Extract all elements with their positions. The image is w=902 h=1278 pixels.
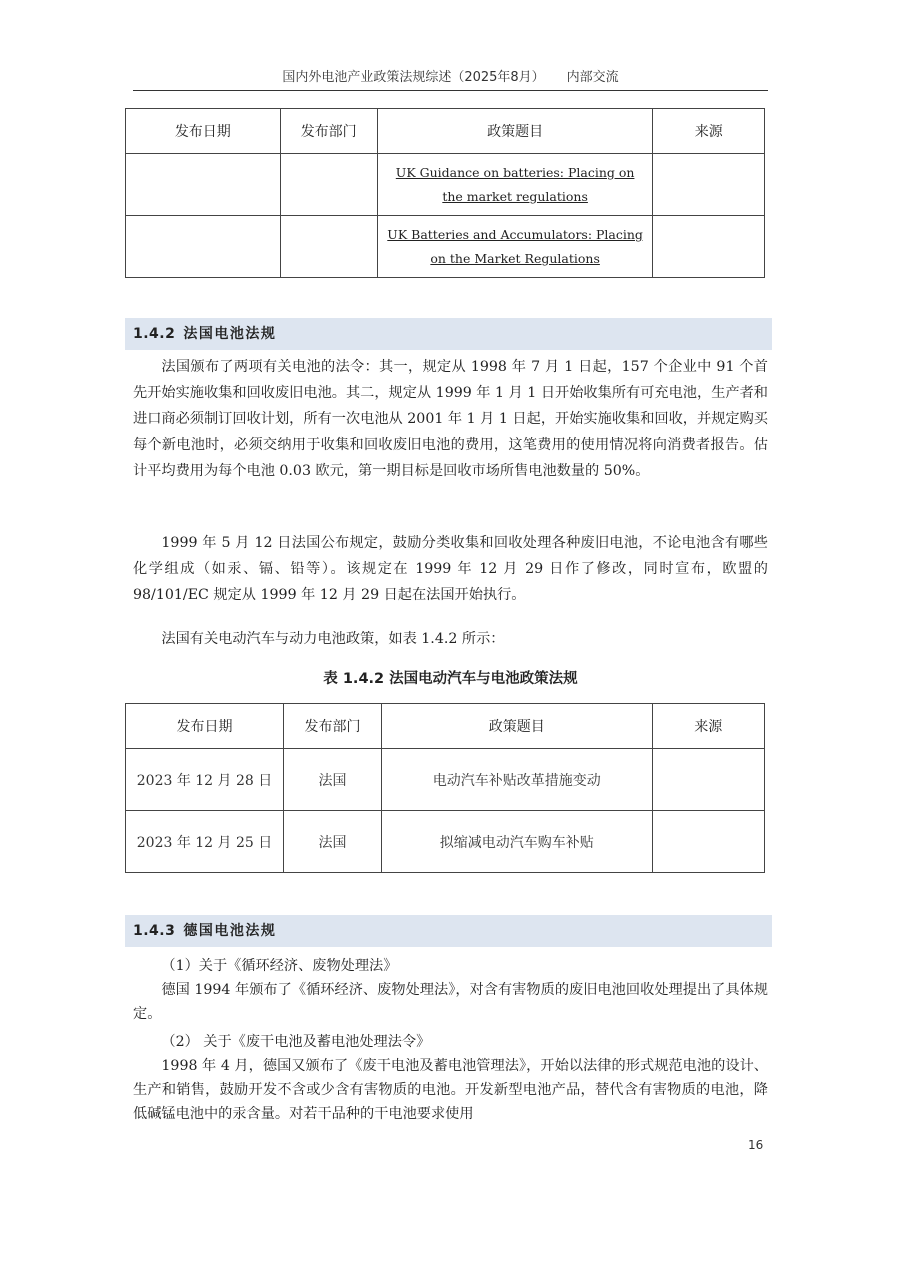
cell-date: 2023 年 12 月 25 日 (126, 811, 284, 873)
item-heading: （2） 关于《废干电池及蓄电池处理法令》 (133, 1030, 768, 1054)
col-header-title: 政策题目 (381, 704, 652, 749)
cell-source (653, 216, 765, 278)
col-header-dept: 发布部门 (284, 704, 382, 749)
cell-title: UK Batteries and Accumulators: Placing o… (377, 216, 653, 278)
cell-dept (280, 216, 377, 278)
table-row: 2023 年 12 月 28 日 法国 电动汽车补贴改革措施变动 (126, 749, 765, 811)
section-number: 1.4.2 (133, 326, 175, 342)
cell-source (652, 749, 764, 811)
col-header-dept: 发布部门 (280, 109, 377, 154)
policy-link[interactable]: UK Batteries and Accumulators: Placing o… (387, 227, 643, 266)
cell-dept (280, 154, 377, 216)
table-row: 2023 年 12 月 25 日 法国 拟缩减电动汽车购车补贴 (126, 811, 765, 873)
cell-title: 电动汽车补贴改革措施变动 (381, 749, 652, 811)
col-header-source: 来源 (652, 704, 764, 749)
cell-title: 拟缩减电动汽车购车补贴 (381, 811, 652, 873)
table-caption: 表 1.4.2 法国电动汽车与电池政策法规 (133, 667, 768, 688)
table-row: UK Batteries and Accumulators: Placing o… (126, 216, 765, 278)
table-row: UK Guidance on batteries: Placing on the… (126, 154, 765, 216)
table-header-row: 发布日期 发布部门 政策题目 来源 (126, 704, 765, 749)
continued-table: 发布日期 发布部门 政策题目 来源 UK Guidance on batteri… (125, 108, 765, 278)
col-header-date: 发布日期 (126, 704, 284, 749)
section-heading-1-4-2: 1.4.2法国电池法规 (125, 318, 772, 350)
paragraph: 法国颁布了两项有关电池的法令：其一，规定从 1998 年 7 月 1 日起，15… (133, 354, 768, 484)
paragraph: 法国有关电动汽车与动力电池政策，如表 1.4.2 所示： (133, 626, 768, 652)
header-rule (133, 90, 768, 91)
page-number: 16 (748, 1138, 763, 1152)
section-title: 德国电池法规 (183, 923, 276, 939)
col-header-date: 发布日期 (126, 109, 281, 154)
section-title: 法国电池法规 (183, 326, 276, 342)
paragraph: 1999 年 5 月 12 日法国公布规定，鼓励分类收集和回收处理各种废旧电池，… (133, 530, 768, 608)
paragraph: 1998 年 4 月，德国又颁布了《废干电池及蓄电池管理法》，开始以法律的形式规… (133, 1054, 768, 1126)
cell-source (652, 811, 764, 873)
table-header-row: 发布日期 发布部门 政策题目 来源 (126, 109, 765, 154)
cell-title: UK Guidance on batteries: Placing on the… (377, 154, 653, 216)
running-header: 国内外电池产业政策法规综述（2025年8月）内部交流 (133, 66, 768, 85)
policy-link[interactable]: UK Guidance on batteries: Placing on the… (396, 165, 635, 204)
section-number: 1.4.3 (133, 923, 175, 939)
cell-date: 2023 年 12 月 28 日 (126, 749, 284, 811)
header-note: 内部交流 (567, 70, 619, 85)
section-heading-1-4-3: 1.4.3德国电池法规 (125, 915, 772, 947)
cell-date (126, 216, 281, 278)
cell-dept: 法国 (284, 749, 382, 811)
cell-source (653, 154, 765, 216)
paragraph: 德国 1994 年颁布了《循环经济、废物处理法》，对含有害物质的废旧电池回收处理… (133, 978, 768, 1026)
cell-date (126, 154, 281, 216)
item-heading: （1）关于《循环经济、废物处理法》 (133, 954, 768, 978)
france-policy-table: 发布日期 发布部门 政策题目 来源 2023 年 12 月 28 日 法国 电动… (125, 703, 765, 873)
cell-dept: 法国 (284, 811, 382, 873)
header-title: 国内外电池产业政策法规综述（2025年8月） (282, 70, 544, 85)
col-header-title: 政策题目 (377, 109, 653, 154)
col-header-source: 来源 (653, 109, 765, 154)
